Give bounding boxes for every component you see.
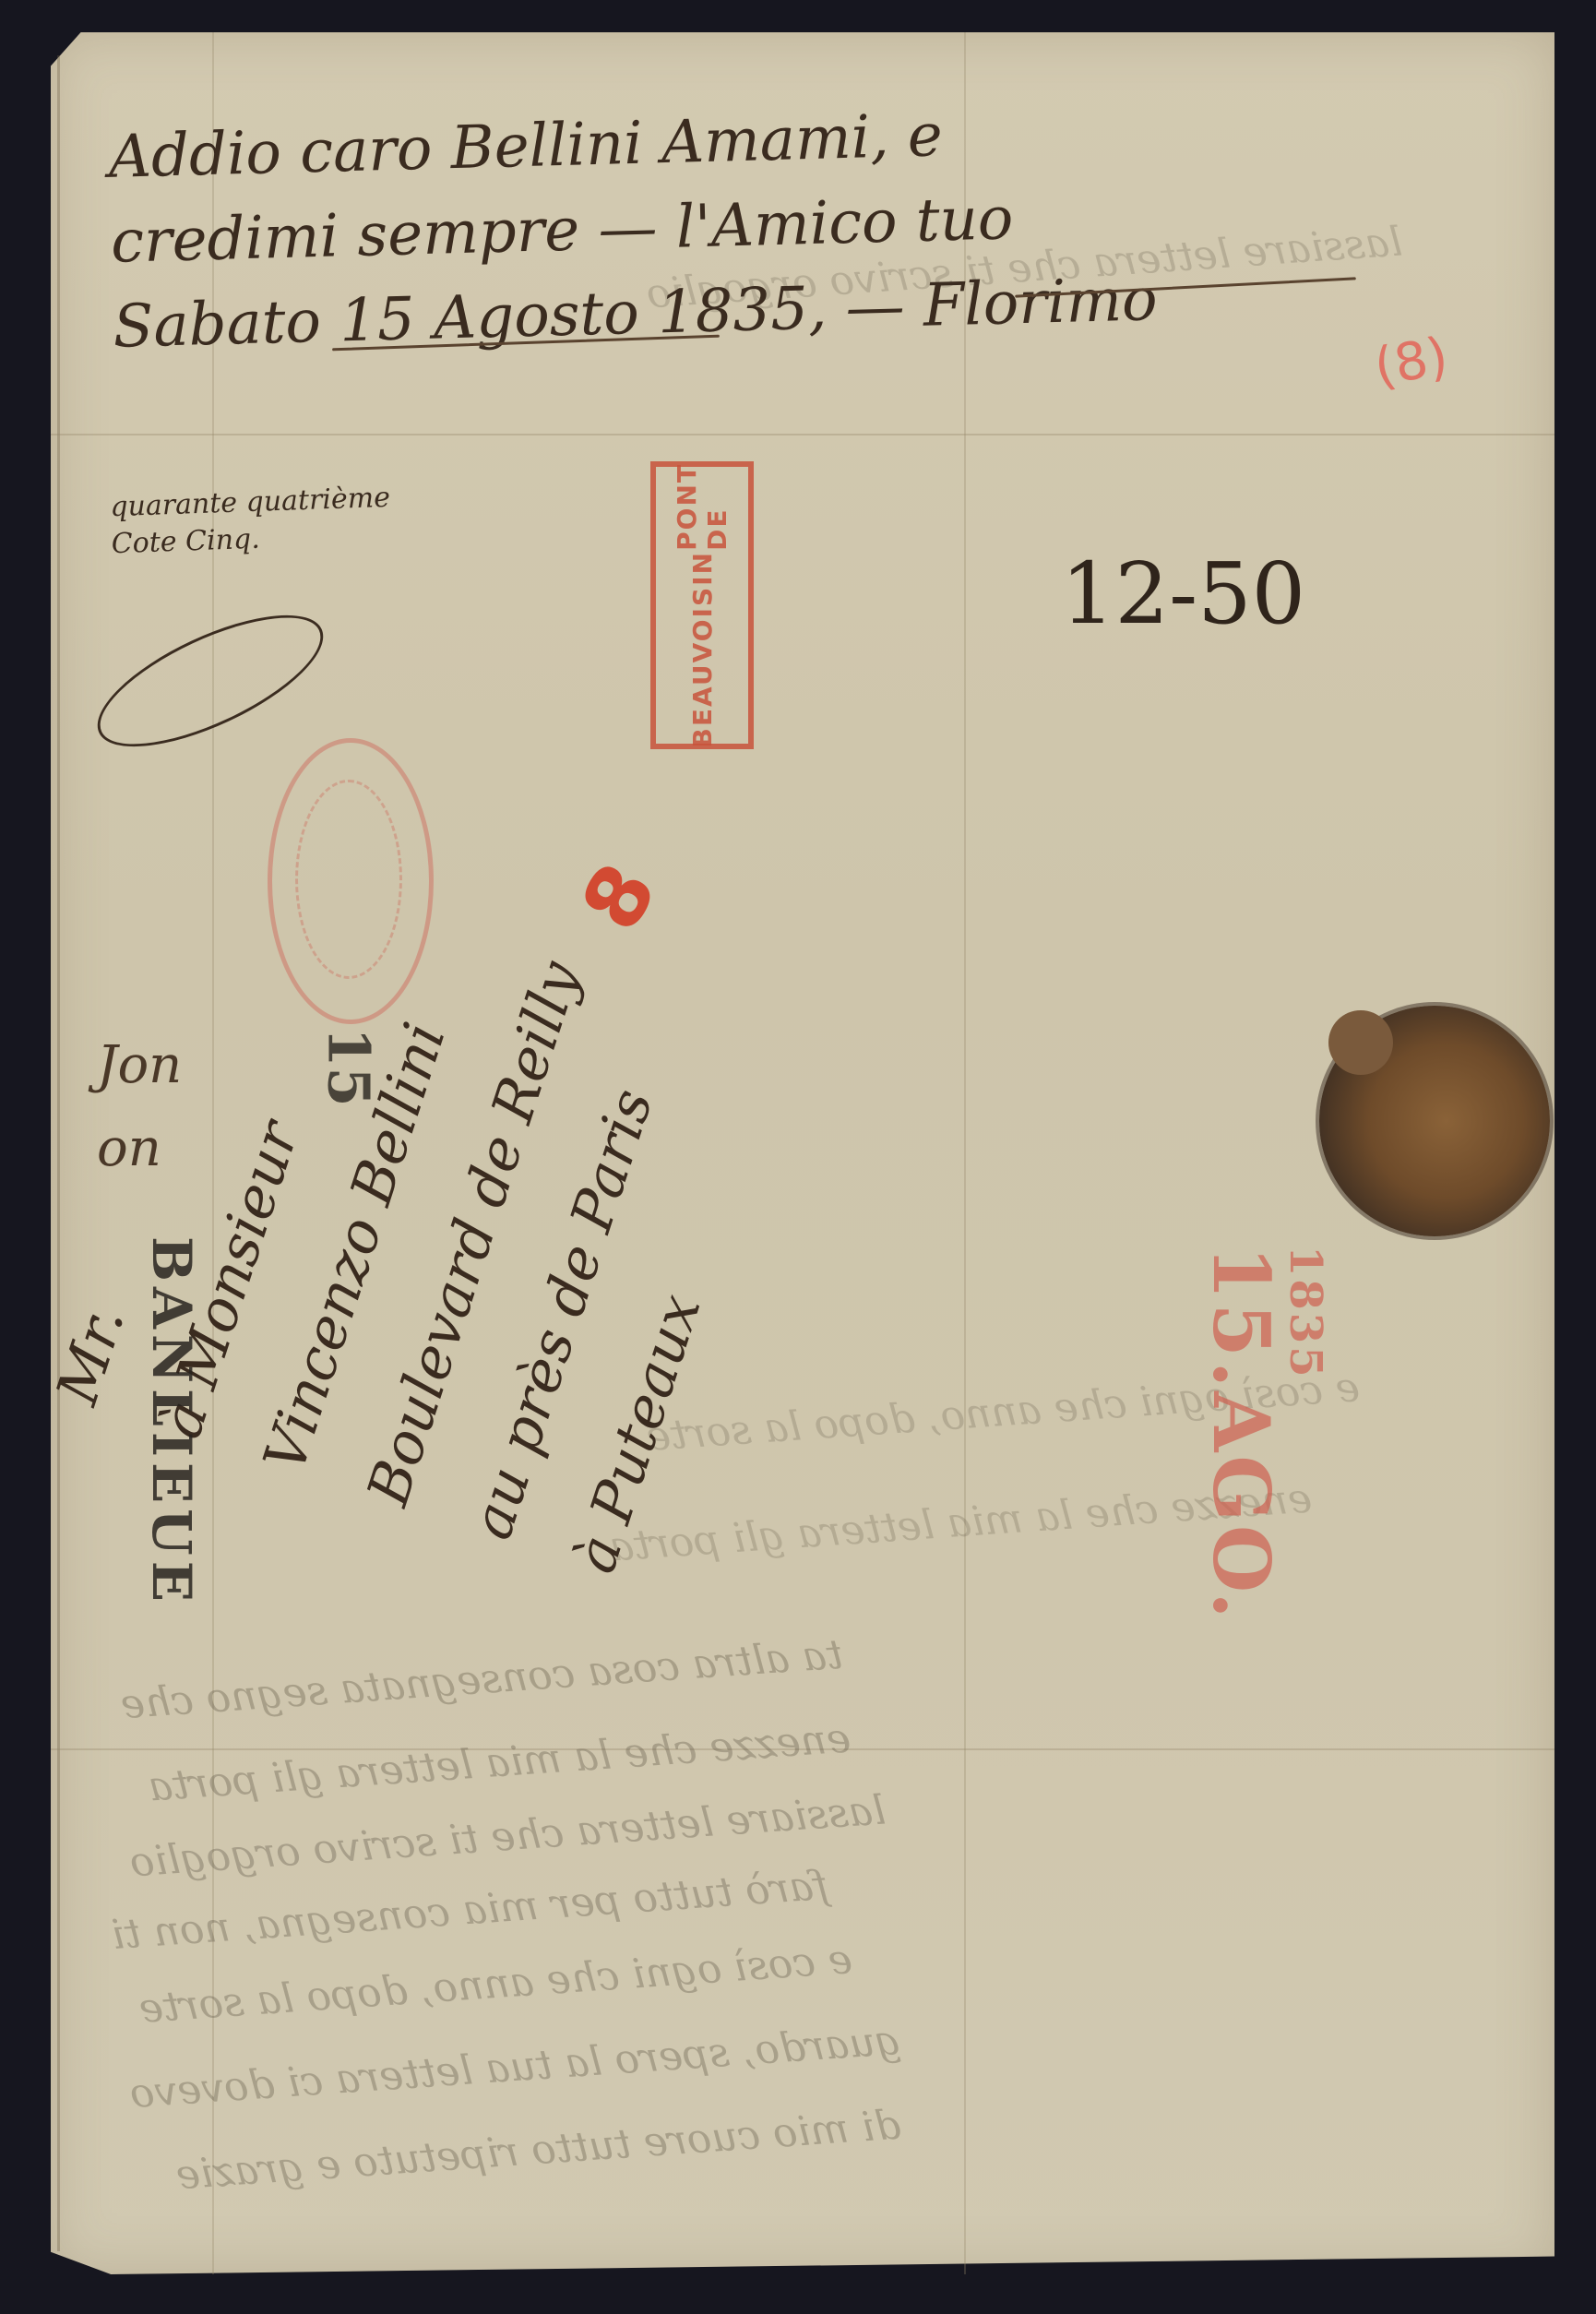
fold-line — [964, 32, 966, 2274]
date-postmark: 1835 15.AGO. — [1209, 1246, 1338, 1623]
wax-seal — [1319, 1006, 1550, 1236]
paper-left-edge-fold — [57, 55, 60, 2251]
postmark-date: 15.AGO. — [1209, 1246, 1273, 1623]
amount-note: 12-50 — [1061, 544, 1305, 643]
tax-mark-stamp: 15 — [316, 1027, 383, 1106]
banlieue-stamp: BANLIEUE — [140, 1236, 203, 1607]
left-fragment-text: Jon on — [97, 1024, 182, 1190]
red-pencil-mark: (8) — [1370, 327, 1452, 399]
